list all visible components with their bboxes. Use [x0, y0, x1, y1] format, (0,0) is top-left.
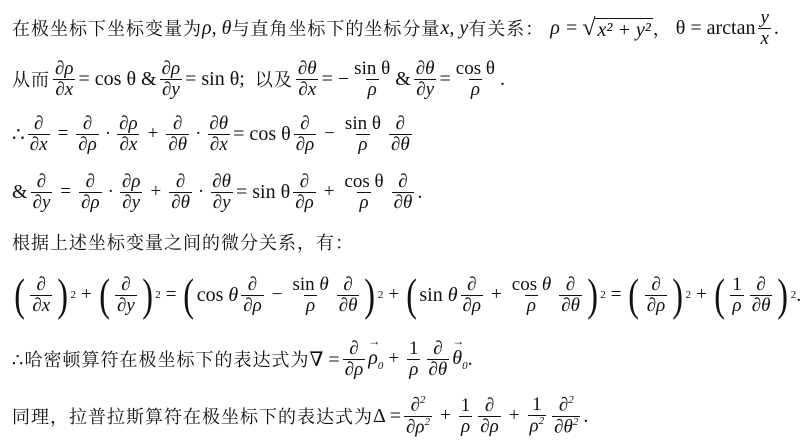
- sqrt-expression: √ x² + y²: [582, 15, 652, 42]
- nabla-symbol: ∇ =: [309, 347, 339, 372]
- fraction: ∂∂ρ: [79, 172, 102, 213]
- line-nabla: ∴哈密顿算符在极坐标下的表达式为 ∇ = ∂∂ρ ρ0 + 1ρ ∂∂θ θ0 …: [12, 334, 473, 384]
- radical-icon: √: [582, 15, 595, 42]
- fraction: 1ρ: [459, 396, 473, 437]
- paren-right: ): [587, 272, 598, 318]
- line-d-dx: ∴ ∂∂x = ∂∂ρ · ∂ρ∂x + ∂∂θ · ∂θ∂x = cos θ …: [12, 108, 415, 160]
- fraction: ∂∂x: [28, 114, 50, 155]
- fraction: ∂∂θ: [169, 172, 192, 213]
- fraction: ∂∂θ: [389, 114, 412, 155]
- fraction: ∂∂θ: [337, 275, 360, 316]
- theta-equals: θ = arctan: [676, 17, 756, 40]
- paren-left: (: [184, 272, 195, 318]
- fraction: ∂∂ρ: [343, 339, 366, 380]
- fraction: ∂θ∂x: [207, 114, 230, 155]
- paren-left: (: [14, 272, 25, 318]
- fraction: ∂∂θ: [750, 275, 773, 316]
- text-intro: 在极坐标下坐标变量为: [12, 15, 202, 41]
- fraction: cos θρ: [454, 59, 497, 100]
- dot-operator: ·: [108, 181, 114, 203]
- fraction: ∂ρ∂y: [120, 172, 143, 213]
- paren-left: (: [629, 272, 640, 318]
- fraction: 1ρ: [407, 339, 421, 380]
- fraction: ∂∂θ: [392, 172, 415, 213]
- fraction: ∂2∂ρ2: [404, 395, 432, 437]
- rho-unit-vector: ρ0: [368, 347, 383, 372]
- plus: +: [148, 123, 159, 145]
- fraction: 1ρ: [730, 275, 744, 316]
- therefore-symbol: ∴: [12, 122, 25, 147]
- line-d-dy: & ∂∂y = ∂∂ρ · ∂ρ∂y + ∂∂θ · ∂θ∂y = sin θ …: [12, 166, 422, 218]
- paren-right: ): [778, 272, 789, 318]
- fraction: ∂∂ρ: [478, 396, 501, 437]
- line-laplacian: 同理，拉普拉斯算符在极坐标下的表达式为 Δ = ∂2∂ρ2 + 1ρ ∂∂ρ +…: [12, 390, 588, 442]
- line-squared-sum: ( ∂∂x )2 + ( ∂∂y )2 = ( cos θ ∂∂ρ − sin …: [12, 262, 800, 328]
- fraction: ∂ρ∂x: [117, 114, 140, 155]
- fraction: ∂ρ∂x: [53, 59, 76, 100]
- rho-equals: ρ =: [550, 17, 578, 40]
- paren-left: (: [714, 272, 725, 318]
- paren-left: (: [406, 272, 417, 318]
- fraction: 1ρ2: [528, 395, 547, 436]
- delta-symbol: Δ =: [373, 405, 401, 428]
- paren-right: ): [57, 272, 68, 318]
- paren-right: ): [673, 272, 684, 318]
- fraction: ∂θ∂y: [210, 172, 233, 213]
- theta-unit-vector: θ0: [452, 347, 467, 372]
- dot-operator: ·: [195, 123, 201, 145]
- fraction: ∂2∂θ2: [552, 395, 580, 437]
- text-intro-b: 与直角坐标下的坐标分量: [231, 15, 440, 41]
- fraction: ∂∂ρ: [76, 114, 99, 155]
- fraction: ∂∂ρ: [645, 275, 668, 316]
- fraction: ∂∂ρ: [461, 275, 484, 316]
- fraction: sin θρ: [352, 59, 392, 100]
- line-polar-relations: 在极坐标下坐标变量为 ρ, θ 与直角坐标下的坐标分量 x, y 有关系： ρ …: [12, 4, 779, 52]
- fraction: ∂∂y: [31, 172, 53, 213]
- equals: =: [60, 181, 71, 203]
- paren-left: (: [99, 272, 110, 318]
- fraction: ∂∂ρ: [294, 114, 317, 155]
- fraction: ∂ρ∂y: [160, 59, 183, 100]
- dot-operator: ·: [105, 123, 111, 145]
- fraction: ∂∂θ: [166, 114, 189, 155]
- fraction: sin θρ: [290, 275, 330, 316]
- dot-operator: ·: [198, 181, 204, 203]
- fraction: ∂∂y: [115, 275, 137, 316]
- plus: +: [150, 181, 161, 203]
- fraction: cos θρ: [510, 275, 553, 316]
- minus: −: [324, 123, 335, 145]
- fraction-y-over-x: y x: [758, 8, 770, 49]
- fraction: ∂∂θ: [427, 339, 450, 380]
- fraction: ∂θ∂y: [414, 59, 437, 100]
- fraction: ∂∂θ: [559, 275, 582, 316]
- line-partial-derivatives: 从而 ∂ρ∂x = cos θ & ∂ρ∂y = sin θ; 以及 ∂θ∂x …: [12, 54, 505, 104]
- fraction: sin θρ: [343, 114, 383, 155]
- text-intro-c: 有关系：: [468, 15, 544, 41]
- line-text-differential: 根据上述坐标变量之间的微分关系，有：: [12, 228, 354, 256]
- equals: =: [58, 123, 69, 145]
- polar-vars: ρ, θ: [202, 17, 231, 40]
- fraction: ∂∂ρ: [293, 172, 316, 213]
- plus: +: [324, 181, 335, 203]
- fraction: cos θρ: [342, 172, 385, 213]
- paren-right: ): [142, 272, 153, 318]
- fraction: ∂θ∂x: [296, 59, 319, 100]
- fraction: ∂∂x: [30, 275, 52, 316]
- fraction: ∂∂ρ: [241, 275, 264, 316]
- cartesian-vars: x, y: [440, 17, 468, 40]
- paren-right: ): [365, 272, 376, 318]
